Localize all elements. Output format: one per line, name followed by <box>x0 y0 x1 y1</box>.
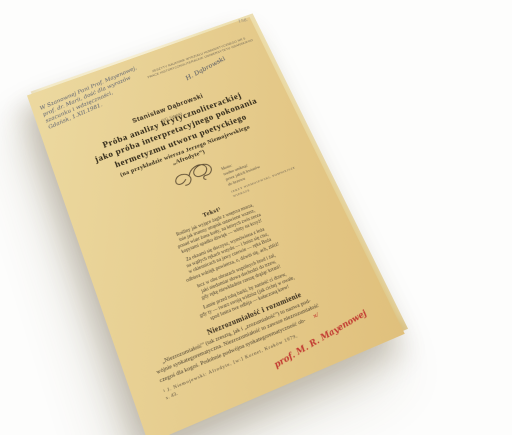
photo-of-document: W Szanownej Pani Prof. Mayenowej, prof. … <box>0 0 512 435</box>
pencil-inventory-note: 158. <box>238 18 249 24</box>
offprint-sheet: W Szanownej Pani Prof. Mayenowej, prof. … <box>31 13 408 435</box>
